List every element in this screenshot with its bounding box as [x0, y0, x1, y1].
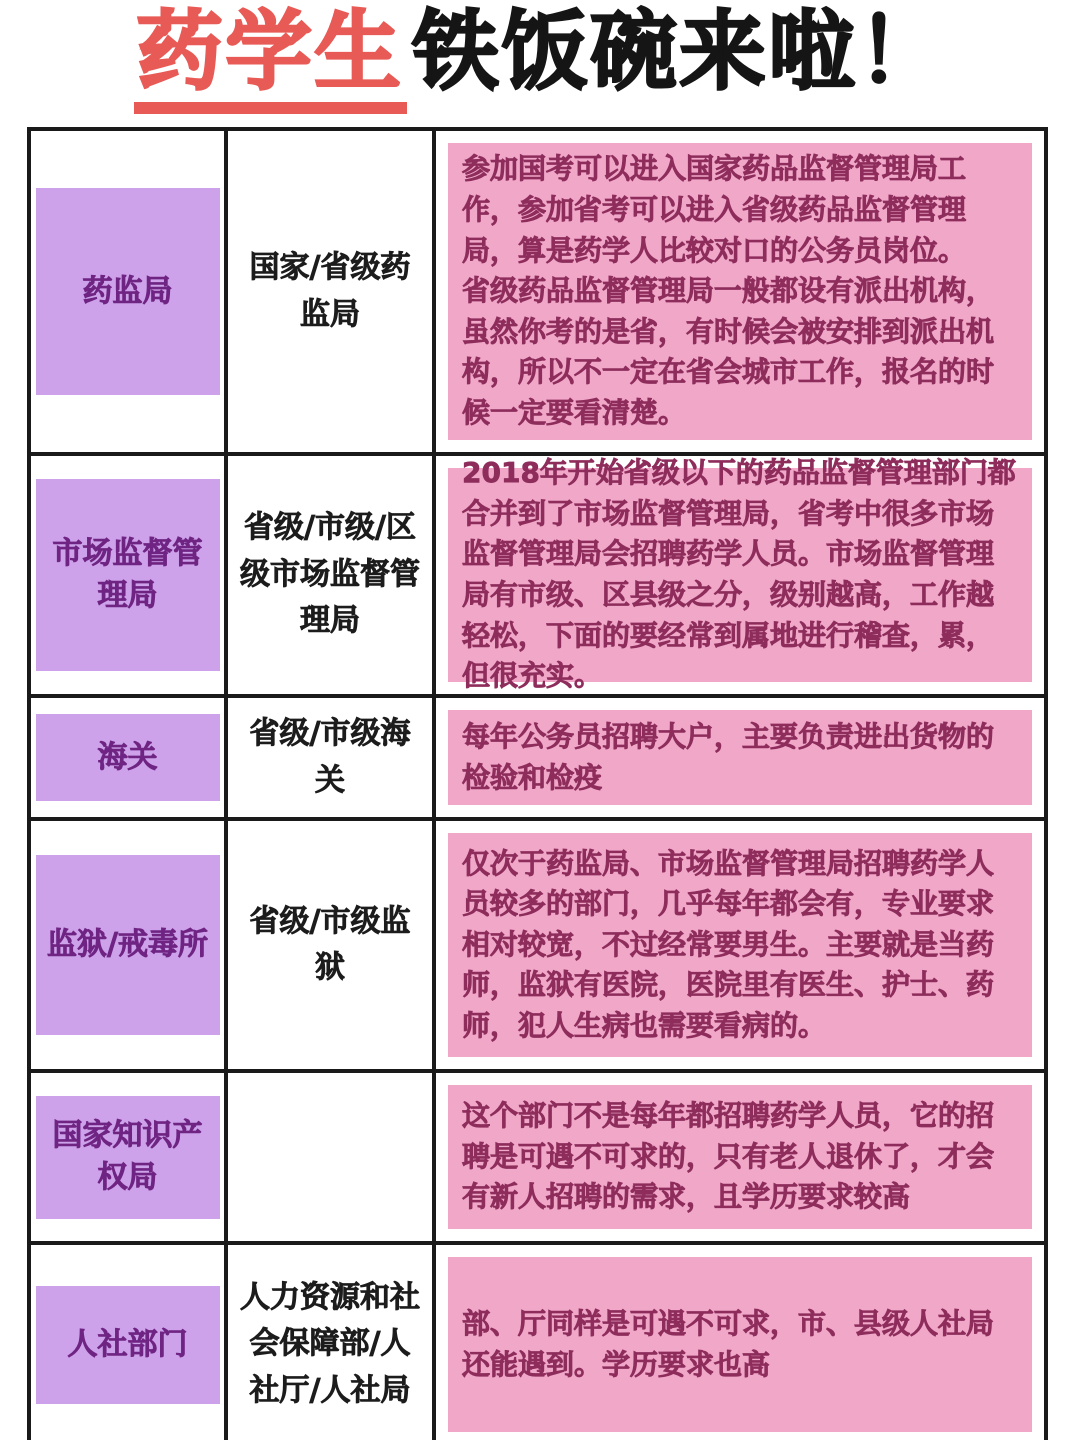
- level-label: 人力资源和社会保障部/人社厅/人社局: [240, 1275, 420, 1415]
- table-row-6-level-cell: 人力资源和社会保障部/人社厅/人社局: [228, 1245, 436, 1440]
- table-row-1-description-cell: 参加国考可以进入国家药品监督管理局工作，参加省考可以进入省级药品监督管理局，算是…: [436, 131, 1044, 456]
- title-highlight: 药学生: [134, 2, 407, 114]
- table-row-6-department-cell: 人社部门: [31, 1245, 228, 1440]
- table-row-4-description-cell: 仅次于药监局、市场监督管理局招聘药学人员较多的部门，几乎每年都会有，专业要求相对…: [436, 821, 1044, 1073]
- table-row-2-description-cell: 2018年开始省级以下的药品监督管理部门都合并到了市场监督管理局，省考中很多市场…: [436, 456, 1044, 698]
- description-panel: 这个部门不是每年都招聘药学人员，它的招聘是可遇不可求的，只有老人退休了，才会有新…: [448, 1085, 1032, 1229]
- department-label: 市场监督管理局: [44, 533, 212, 617]
- description-text: 参加国考可以进入国家药品监督管理局工作，参加省考可以进入省级药品监督管理局，算是…: [448, 145, 1032, 437]
- description-panel: 仅次于药监局、市场监督管理局招聘药学人员较多的部门，几乎每年都会有，专业要求相对…: [448, 833, 1032, 1057]
- level-label: 省级/市级/区级市场监督管理局: [240, 505, 420, 645]
- table-row-1-department-cell: 药监局: [31, 131, 228, 456]
- description-text: 仅次于药监局、市场监督管理局招聘药学人员较多的部门，几乎每年都会有，专业要求相对…: [448, 840, 1032, 1051]
- description-text: 2018年开始省级以下的药品监督管理部门都合并到了市场监督管理局，省考中很多市场…: [448, 449, 1032, 701]
- department-box: 药监局: [36, 188, 220, 395]
- title-rest: 铁饭碗来啦！: [413, 2, 947, 102]
- department-label: 药监局: [83, 271, 173, 313]
- table-row-3-department-cell: 海关: [31, 698, 228, 821]
- table-row-4-department-cell: 监狱/戒毒所: [31, 821, 228, 1073]
- department-label: 人社部门: [68, 1324, 188, 1366]
- description-panel: 每年公务员招聘大户，主要负责进出货物的检验和检疫: [448, 710, 1032, 805]
- table-row-2-department-cell: 市场监督管理局: [31, 456, 228, 698]
- table-row-4-level-cell: 省级/市级监狱: [228, 821, 436, 1073]
- description-panel: 2018年开始省级以下的药品监督管理部门都合并到了市场监督管理局，省考中很多市场…: [448, 468, 1032, 682]
- table-row-6-description-cell: 部、厅同样是可遇不可求，市、县级人社局还能遇到。学历要求也高: [436, 1245, 1044, 1440]
- table-row-5-description-cell: 这个部门不是每年都招聘药学人员，它的招聘是可遇不可求的，只有老人退休了，才会有新…: [436, 1073, 1044, 1245]
- department-box: 市场监督管理局: [36, 479, 220, 671]
- department-box: 海关: [36, 714, 220, 801]
- level-label: 省级/市级海关: [240, 711, 420, 804]
- department-box: 国家知识产权局: [36, 1096, 220, 1219]
- table-row-2-level-cell: 省级/市级/区级市场监督管理局: [228, 456, 436, 698]
- description-text: 每年公务员招聘大户，主要负责进出货物的检验和检疫: [448, 713, 1032, 802]
- department-label: 海关: [98, 737, 158, 779]
- table-row-5-department-cell: 国家知识产权局: [31, 1073, 228, 1245]
- table-row-3-level-cell: 省级/市级海关: [228, 698, 436, 821]
- description-panel: 部、厅同样是可遇不可求，市、县级人社局还能遇到。学历要求也高: [448, 1257, 1032, 1432]
- description-text: 部、厅同样是可遇不可求，市、县级人社局还能遇到。学历要求也高: [448, 1300, 1032, 1389]
- department-label: 监狱/戒毒所: [47, 924, 208, 966]
- department-box: 人社部门: [36, 1286, 220, 1404]
- level-label: 省级/市级监狱: [240, 899, 420, 992]
- description-panel: 参加国考可以进入国家药品监督管理局工作，参加省考可以进入省级药品监督管理局，算是…: [448, 143, 1032, 440]
- description-text: 这个部门不是每年都招聘药学人员，它的招聘是可遇不可求的，只有老人退休了，才会有新…: [448, 1092, 1032, 1222]
- infographic-page: 药学生铁饭碗来啦！ 药监局 国家/省级药监局 参加国考可以进入国家药品监督管理局…: [0, 0, 1080, 1440]
- page-title: 药学生铁饭碗来啦！: [0, 2, 1080, 103]
- department-label: 国家知识产权局: [44, 1115, 212, 1199]
- level-label: 国家/省级药监局: [240, 245, 420, 338]
- jobs-table: 药监局 国家/省级药监局 参加国考可以进入国家药品监督管理局工作，参加省考可以进…: [27, 127, 1048, 1440]
- table-row-3-description-cell: 每年公务员招聘大户，主要负责进出货物的检验和检疫: [436, 698, 1044, 821]
- table-row-1-level-cell: 国家/省级药监局: [228, 131, 436, 456]
- table-row-5-level-cell: [228, 1073, 436, 1245]
- department-box: 监狱/戒毒所: [36, 855, 220, 1035]
